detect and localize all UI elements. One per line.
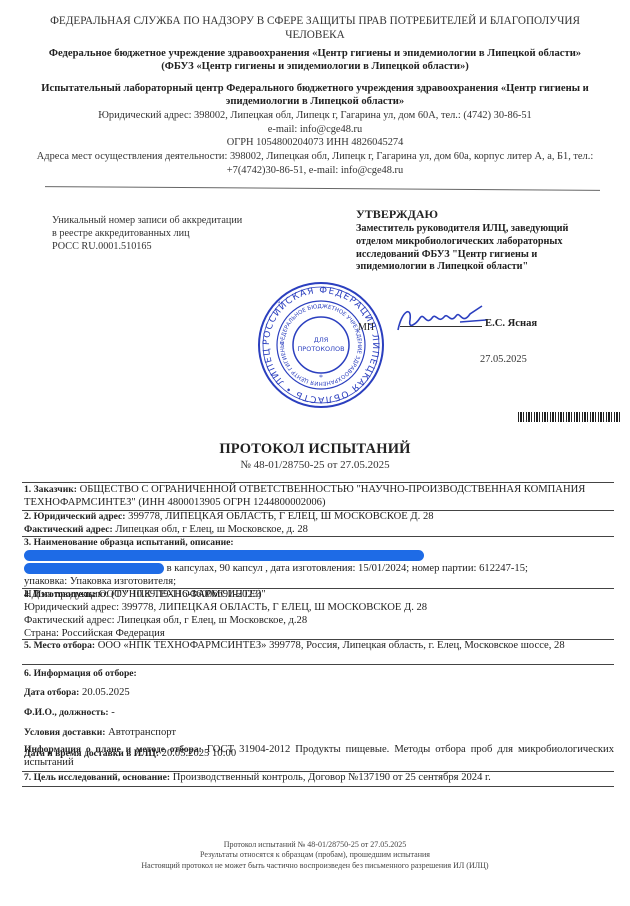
- redacted-sample-name: [24, 550, 424, 561]
- institution-name: Федеральное бюджетное учреждение здравоо…: [20, 47, 610, 73]
- sampling-date-label: Дата отбора:: [24, 687, 79, 698]
- approval-date: 27.05.2025: [480, 354, 527, 367]
- page-footer: Протокол испытаний № 48-01/28750-25 от 2…: [100, 840, 530, 871]
- sample-value: в капсулах, 90 капсул , дата изготовлени…: [167, 563, 528, 574]
- section-sampling-place: 5. Место отбора: ООО «НПК ТЕХНОФАРМСИНТЕ…: [24, 640, 614, 653]
- signature-line: [400, 326, 482, 327]
- fio-value: -: [111, 707, 115, 718]
- accreditation-line2: в реестре аккредитованных лиц: [52, 228, 282, 241]
- activity-address: Адреса мест осуществления деятельности: …: [20, 150, 610, 177]
- sampling-plan-label: Информация о плане и методе отбора:: [24, 744, 202, 755]
- legal-address-label: 2. Юридический адрес:: [24, 511, 125, 522]
- divider: [22, 482, 614, 483]
- section-customer: 1. Заказчик: ОБЩЕСТВО С ОГРАНИЧЕННОЙ ОТВ…: [24, 484, 614, 510]
- sampling-place-value: ООО «НПК ТЕХНОФАРМСИНТЕЗ» 399778, Россия…: [98, 640, 565, 651]
- customer-value: ОБЩЕСТВО С ОГРАНИЧЕННОЙ ОТВЕТСТВЕННОСТЬЮ…: [24, 484, 585, 508]
- official-stamp: РОССИЙСКАЯ ФЕДЕРАЦИЯ ЛИПЕЦКАЯ ОБЛАСТЬ • …: [256, 280, 386, 410]
- fact-address-value: Липецкая обл, г Елец, ш Московское, д. 2…: [115, 524, 308, 535]
- lab-name: Испытательный лабораторный центр Федерал…: [20, 82, 610, 108]
- sampling-plan: Информация о плане и методе отбора: ГОСТ…: [24, 744, 614, 770]
- customer-label: 1. Заказчик:: [24, 484, 77, 495]
- section-legal-address: 2. Юридический адрес: 399778, ЛИПЕЦКАЯ О…: [24, 511, 614, 537]
- header-divider: [45, 186, 600, 191]
- signer-name: Е.С. Ясная: [485, 318, 537, 331]
- agency-name: ФЕДЕРАЛЬНАЯ СЛУЖБА ПО НАДЗОРУ В СФЕРЕ ЗА…: [20, 14, 610, 42]
- sampling-date-value: 20.05.2025: [82, 687, 130, 698]
- section-manufacturer: 4. Изготовитель: ООО "НПК ТЕХНОФАРМСИНТЕ…: [24, 589, 614, 641]
- purpose-label: 7. Цель исследований, основание:: [24, 772, 170, 783]
- redacted-sample-name-cont: [24, 563, 164, 574]
- fact-address-label: Фактический адрес:: [24, 524, 113, 535]
- accreditation-line1: Уникальный номер записи об аккредитации: [52, 215, 282, 228]
- signature-icon: [390, 300, 490, 340]
- sample-label: 3. Наименование образца испытаний, описа…: [24, 537, 234, 548]
- ogrn-inn: ОГРН 1054800204073 ИНН 4826045274: [20, 136, 610, 150]
- approval-position: Заместитель руководителя ИЛЦ, заведующий…: [356, 223, 606, 274]
- accreditation-number: РОСС RU.0001.510165: [52, 241, 282, 254]
- sampling-info-label: 6. Информация об отборе:: [24, 665, 614, 683]
- legal-address-value: 399778, ЛИПЕЦКАЯ ОБЛАСТЬ, Г ЕЛЕЦ, Ш МОСК…: [128, 511, 433, 522]
- institution-line1: Федеральное бюджетное учреждение здравоо…: [20, 47, 610, 60]
- footer-protocol: Протокол испытаний № 48-01/28750-25 от 2…: [100, 840, 530, 850]
- sampling-place-label: 5. Место отбора:: [24, 640, 95, 651]
- manufacturer-fact-address: Фактический адрес: Липецкая обл, г Елец,…: [24, 615, 614, 628]
- footer-results: Результаты относятся к образцам (пробам)…: [100, 850, 530, 860]
- barcode: [518, 412, 622, 422]
- section-purpose: 7. Цель исследований, основание: Произво…: [24, 772, 614, 785]
- delivery-label: Условия доставки:: [24, 727, 105, 738]
- protocol-title: ПРОТОКОЛ ИСПЫТАНИЙ: [150, 441, 480, 459]
- protocol-number: № 48-01/28750-25 от 27.05.2025: [150, 459, 480, 472]
- approval-block: УТВЕРЖДАЮ Заместитель руководителя ИЛЦ, …: [356, 207, 606, 274]
- institution-line2: (ФБУЗ «Центр гигиены и эпидемиологии в Л…: [20, 60, 610, 73]
- divider: [22, 786, 614, 787]
- svg-text:ПРОТОКОЛОВ: ПРОТОКОЛОВ: [297, 345, 344, 353]
- email: e-mail: info@cge48.ru: [20, 123, 610, 137]
- fio-label: Ф.И.О., должность:: [24, 707, 109, 718]
- footer-reproduction: Настоящий протокол не может быть частичн…: [100, 861, 530, 871]
- signature: [390, 300, 490, 340]
- legal-address: Юридический адрес: 398002, Липецкая обл,…: [20, 109, 610, 123]
- approval-title: УТВЕРЖДАЮ: [356, 207, 606, 222]
- purpose-value: Производственный контроль, Договор №1371…: [173, 772, 491, 783]
- stamp-icon: РОССИЙСКАЯ ФЕДЕРАЦИЯ ЛИПЕЦКАЯ ОБЛАСТЬ • …: [256, 280, 386, 410]
- accreditation-block: Уникальный номер записи об аккредитации …: [52, 215, 282, 253]
- stamp-place-label: МП: [358, 322, 374, 334]
- svg-text:ДЛЯ: ДЛЯ: [314, 336, 328, 344]
- manufacturer-legal-address: Юридический адрес: 399778, ЛИПЕЦКАЯ ОБЛА…: [24, 602, 614, 615]
- delivery-value: Автотранспорт: [108, 727, 176, 738]
- manufacturer-value: ООО "НПК ТЕХНОФАРМСИНТЕЗ": [99, 589, 266, 600]
- sample-packaging: упаковка: Упаковка изготовителя;: [24, 576, 614, 589]
- lab-contacts: Юридический адрес: 398002, Липецкая обл,…: [20, 109, 610, 150]
- svg-text:*: *: [319, 373, 323, 382]
- manufacturer-label: 4. Изготовитель:: [24, 589, 96, 600]
